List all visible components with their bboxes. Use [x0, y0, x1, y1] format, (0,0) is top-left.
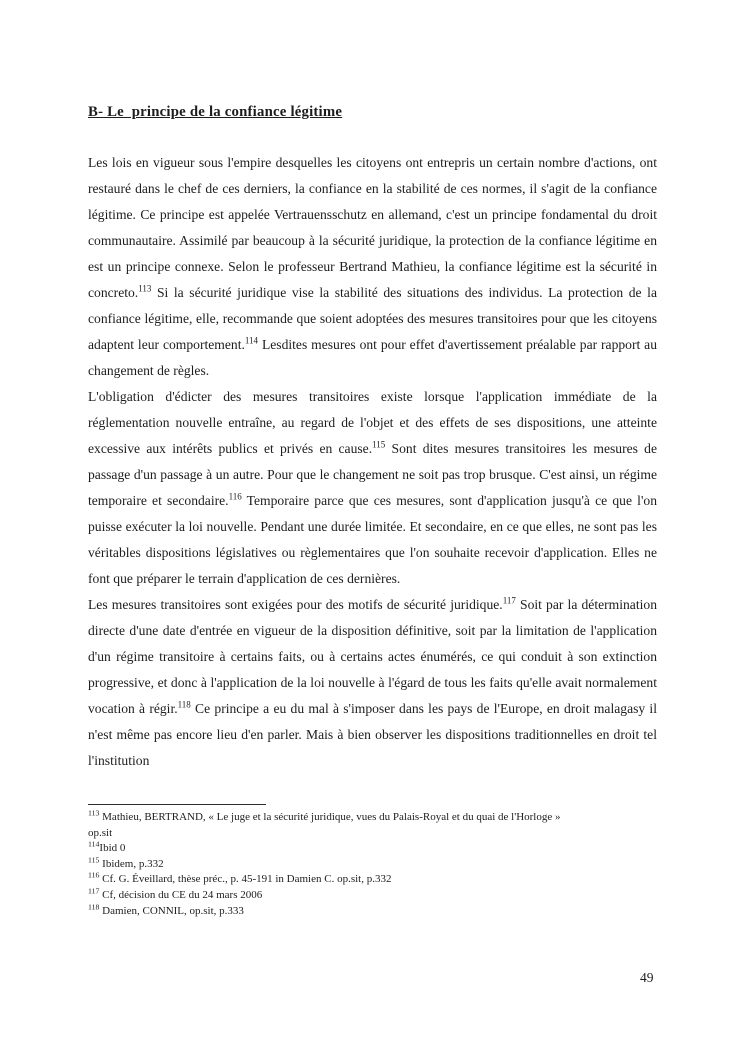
footnote-ref-114: 114 — [245, 335, 258, 345]
footnote-113: 113 Mathieu, BERTRAND, « Le juge et la s… — [88, 810, 657, 841]
paragraph-2: L'obligation d'édicter des mesures trans… — [88, 384, 657, 592]
footnote-num-114: 114 — [88, 840, 99, 849]
footnote-num-113: 113 — [88, 808, 99, 817]
footnote-ref-118: 118 — [178, 699, 191, 709]
page-number: 49 — [640, 969, 654, 987]
footnote-num-115: 115 — [88, 855, 99, 864]
footnote-116: 116 Cf. G. Éveillard, thèse préc., p. 45… — [88, 872, 657, 888]
footnote-num-117: 117 — [88, 886, 99, 895]
footnote-ref-115: 115 — [372, 439, 385, 449]
page-content: B- Le principe de la confiance légitime … — [88, 103, 657, 919]
section-heading: B- Le principe de la confiance légitime — [88, 103, 657, 122]
footnote-list: 113 Mathieu, BERTRAND, « Le juge et la s… — [88, 810, 657, 919]
footnote-ref-116: 116 — [229, 491, 242, 501]
paragraph-3: Les mesures transitoires sont exigées po… — [88, 592, 657, 774]
footnote-ref-117: 117 — [503, 595, 516, 605]
paragraph-1: Les lois en vigueur sous l'empire desque… — [88, 150, 657, 384]
footnote-num-116: 116 — [88, 871, 99, 880]
footnote-num-118: 118 — [88, 902, 99, 911]
footnote-114: 114Ibid 0 — [88, 841, 657, 857]
document-page: B- Le principe de la confiance légitime … — [0, 0, 745, 1053]
footnote-separator — [88, 804, 266, 805]
footnote-115: 115 Ibidem, p.332 — [88, 857, 657, 873]
footnote-117: 117 Cf, décision du CE du 24 mars 2006 — [88, 888, 657, 904]
body-paragraphs: Les lois en vigueur sous l'empire desque… — [88, 150, 657, 774]
footnote-118: 118 Damien, CONNIL, op.sit, p.333 — [88, 904, 657, 920]
footnote-ref-113: 113 — [138, 283, 151, 293]
